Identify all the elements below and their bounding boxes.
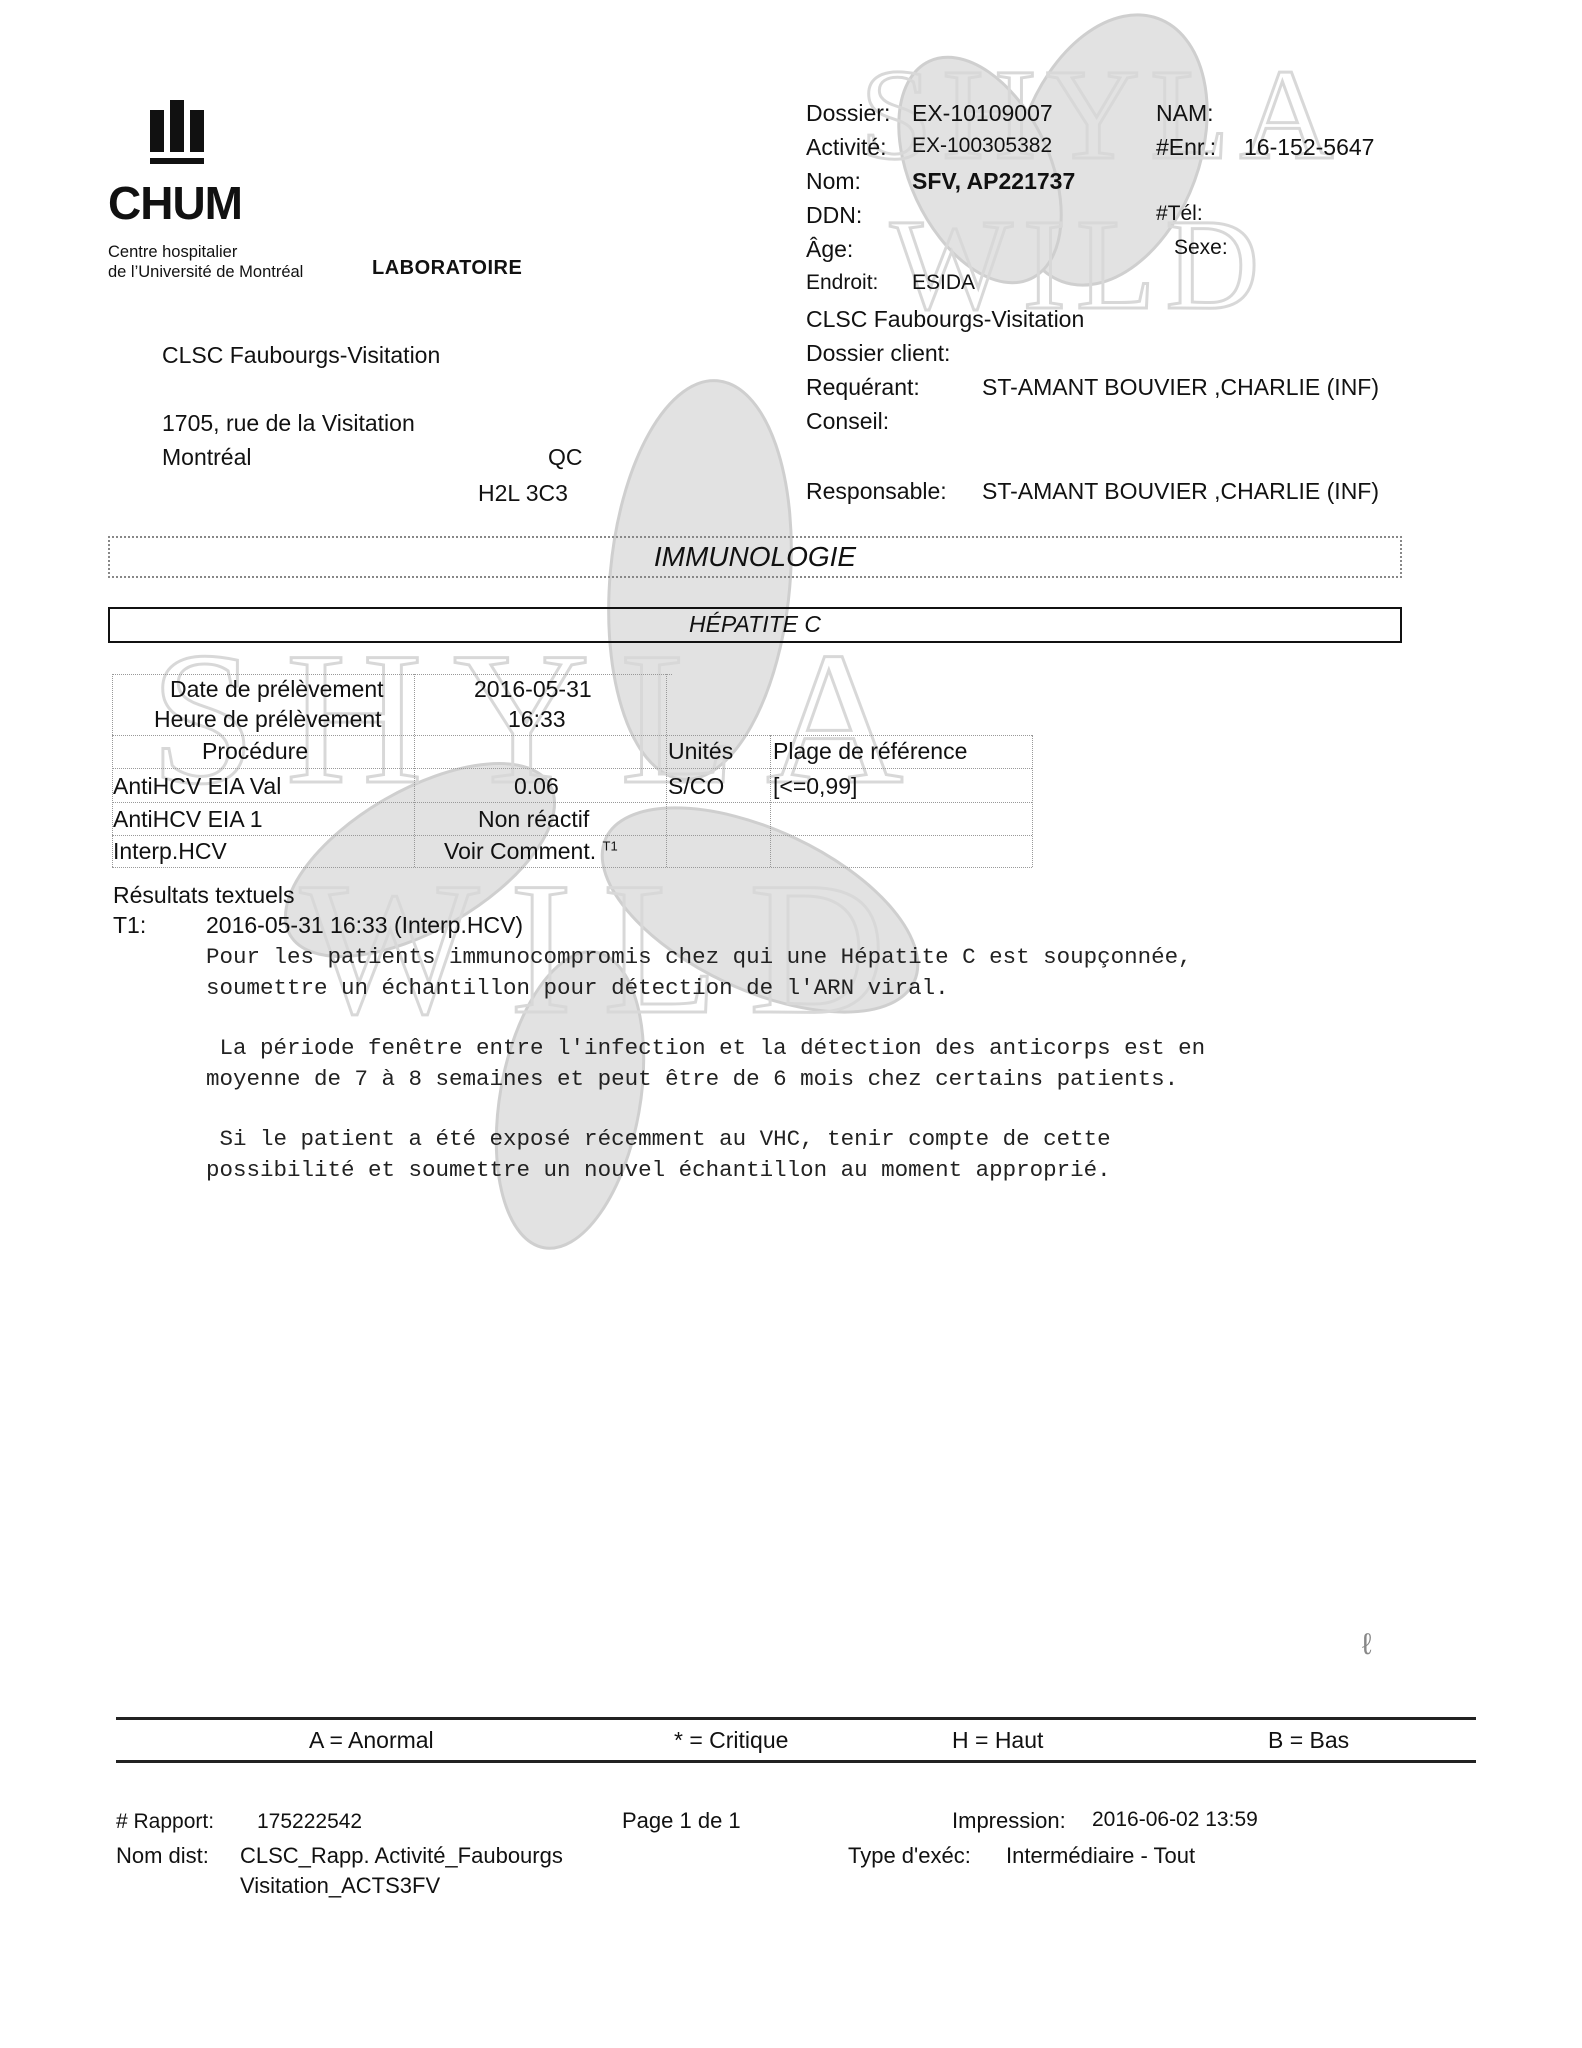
activite-label: Activité: [806, 134, 887, 161]
dossier-client-label: Dossier client: [806, 340, 950, 367]
footnote-ref: T1 [603, 838, 618, 853]
dossier-label: Dossier: [806, 100, 890, 127]
nom-dist-value-line2: Visitation_ACTS3FV [240, 1873, 440, 1899]
address-facility: CLSC Faubourgs-Visitation [162, 342, 440, 369]
ddn-label: DDN: [806, 202, 862, 229]
column-header-units: Unités [668, 738, 733, 765]
legend-item-bas: B = Bas [1268, 1727, 1349, 1754]
date-value: 2016-05-31 [474, 676, 592, 703]
section-hepatite-c: HÉPATITE C [108, 607, 1402, 643]
department-label: LABORATOIRE [372, 257, 522, 280]
type-exec-label: Type d'exéc: [848, 1843, 971, 1869]
procedure-name: AntiHCV EIA 1 [113, 806, 263, 833]
type-exec-value: Intermédiaire - Tout [1006, 1843, 1195, 1869]
tel-label: #Tél: [1156, 202, 1203, 226]
requerant-value: ST-AMANT BOUVIER ,CHARLIE (INF) [982, 374, 1379, 401]
address-postal-code: H2L 3C3 [478, 480, 568, 507]
legend-bottom-rule [116, 1760, 1476, 1763]
procedure-name: Interp.HCV [113, 838, 227, 865]
enr-label: #Enr.: [1156, 134, 1216, 161]
rapport-label: # Rapport: [116, 1810, 214, 1834]
nom-value: SFV, AP221737 [912, 168, 1075, 195]
column-header-procedure: Procédure [202, 738, 308, 765]
logo-subtitle-line1: Centre hospitalier [108, 242, 368, 262]
textual-result-line: soumettre un échantillon pour détection … [206, 975, 949, 1001]
section-immunologie: IMMUNOLOGIE [108, 536, 1402, 578]
column-header-reference: Plage de référence [773, 738, 967, 765]
rapport-value: 175222542 [257, 1810, 362, 1834]
textual-result-line: Si le patient a été exposé récemment au … [206, 1126, 1111, 1152]
logo-subtitle: Centre hospitalier de l’Université de Mo… [108, 242, 368, 282]
requerant-label: Requérant: [806, 374, 920, 401]
responsable-label: Responsable: [806, 478, 947, 505]
chum-logo-icon [150, 100, 220, 164]
textual-result-id: T1: [113, 912, 146, 939]
time-label: Heure de prélèvement [154, 706, 382, 733]
textual-result-heading: 2016-05-31 16:33 (Interp.HCV) [206, 912, 523, 939]
address-province: QC [548, 444, 583, 471]
legend-top-rule [116, 1717, 1476, 1720]
result-units: S/CO [668, 773, 724, 800]
result-value: Non réactif [478, 806, 589, 833]
address-city: Montréal [162, 444, 251, 471]
logo-subtitle-line2: de l’Université de Montréal [108, 262, 368, 282]
logo-name: CHUM [108, 176, 242, 230]
date-label: Date de prélèvement [170, 676, 384, 703]
textual-result-line: La période fenêtre entre l'infection et … [206, 1035, 1205, 1061]
legend-item-haut: H = Haut [952, 1727, 1043, 1754]
site-value: CLSC Faubourgs-Visitation [806, 306, 1084, 333]
nom-label: Nom: [806, 168, 861, 195]
responsable-value: ST-AMANT BOUVIER ,CHARLIE (INF) [982, 478, 1379, 505]
textual-result-line: moyenne de 7 à 8 semaines et peut être d… [206, 1066, 1178, 1092]
nam-label: NAM: [1156, 100, 1214, 127]
textual-result-line: Pour les patients immunocompromis chez q… [206, 944, 1192, 970]
age-label: Âge: [806, 236, 853, 263]
textual-result-line: possibilité et soumettre un nouvel échan… [206, 1157, 1111, 1183]
dossier-value: EX-10109007 [912, 100, 1053, 127]
nom-dist-label: Nom dist: [116, 1843, 209, 1869]
procedure-name: AntiHCV EIA Val [113, 773, 281, 800]
result-value: Voir Comment. T1 [444, 838, 618, 865]
legend-item-critique: * = Critique [674, 1727, 788, 1754]
address-street: 1705, rue de la Visitation [162, 410, 415, 437]
page-indicator: Page 1 de 1 [622, 1808, 741, 1834]
result-value: 0.06 [514, 773, 559, 800]
endroit-value: ESIDA [912, 271, 975, 295]
impression-label: Impression: [952, 1808, 1066, 1834]
sexe-label: Sexe: [1174, 236, 1228, 260]
nom-dist-value-line1: CLSC_Rapp. Activité_Faubourgs [240, 1843, 563, 1869]
initials-mark-icon: ℓ [1362, 1628, 1372, 1662]
textual-results-title: Résultats textuels [113, 882, 295, 909]
endroit-label: Endroit: [806, 271, 878, 295]
result-value-text: Voir Comment. [444, 838, 596, 864]
impression-value: 2016-06-02 13:59 [1092, 1808, 1258, 1832]
legend-item-anormal: A = Anormal [309, 1727, 434, 1754]
result-reference: [<=0,99] [773, 773, 857, 800]
activite-value: EX-100305382 [912, 134, 1052, 158]
time-value: 16:33 [508, 706, 566, 733]
conseil-label: Conseil: [806, 408, 889, 435]
enr-value: 16-152-5647 [1244, 134, 1374, 161]
